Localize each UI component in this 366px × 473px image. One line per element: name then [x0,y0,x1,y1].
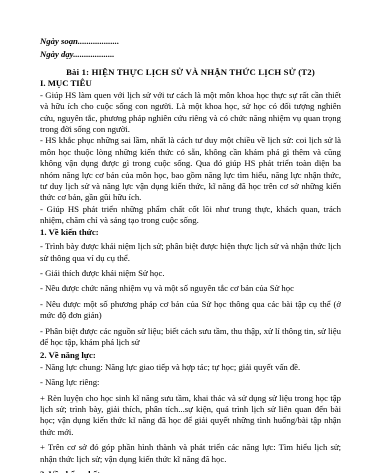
document-page: Ngày soạn................... Ngày dạy...… [0,0,366,473]
section-heading-competencies: 2. Về năng lực: [40,350,341,361]
competency-item: - Năng lực chung: Năng lực giao tiếp và … [40,362,341,373]
document-content: Ngày soạn................... Ngày dạy...… [40,35,341,473]
date-taught-line: Ngày dạy................... [40,48,341,61]
objectives-paragraph: - HS khắc phục những sai lầm, nhất là cá… [40,135,341,203]
section-heading-knowledge: 1. Về kiến thức: [40,227,341,238]
section-heading-objectives: I. MỤC TIÊU [40,78,341,89]
competency-item: - Năng lực riêng: [40,377,341,388]
lesson-title: Bài 1: HIỆN THỰC LỊCH SỬ VÀ NHẬN THỨC LỊ… [40,67,341,78]
knowledge-item: - Nêu được một số phương pháp cơ bản của… [40,299,341,322]
knowledge-item: - Phân biệt được các nguồn sử liệu; biết… [40,326,341,349]
date-prepared-line: Ngày soạn................... [40,35,341,48]
knowledge-item: - Trình bày được khái niệm lịch sử; phân… [40,241,341,264]
competency-item: + Trên cơ sở đó góp phần hình thành và p… [40,442,341,465]
knowledge-item: - Nêu được chức năng nhiệm vụ và một số … [40,283,341,294]
competency-item: + Rèn luyện cho học sinh kĩ năng sưu tầm… [40,393,341,439]
knowledge-item: - Giải thích được khái niệm Sử học. [40,268,341,279]
objectives-paragraph: - Giúp HS phát triển những phẩm chất cốt… [40,204,341,227]
section-heading-qualities: 3. Về phẩm chất: [40,469,341,473]
objectives-paragraph: - Giúp HS làm quen với lịch sử với tư cá… [40,90,341,136]
